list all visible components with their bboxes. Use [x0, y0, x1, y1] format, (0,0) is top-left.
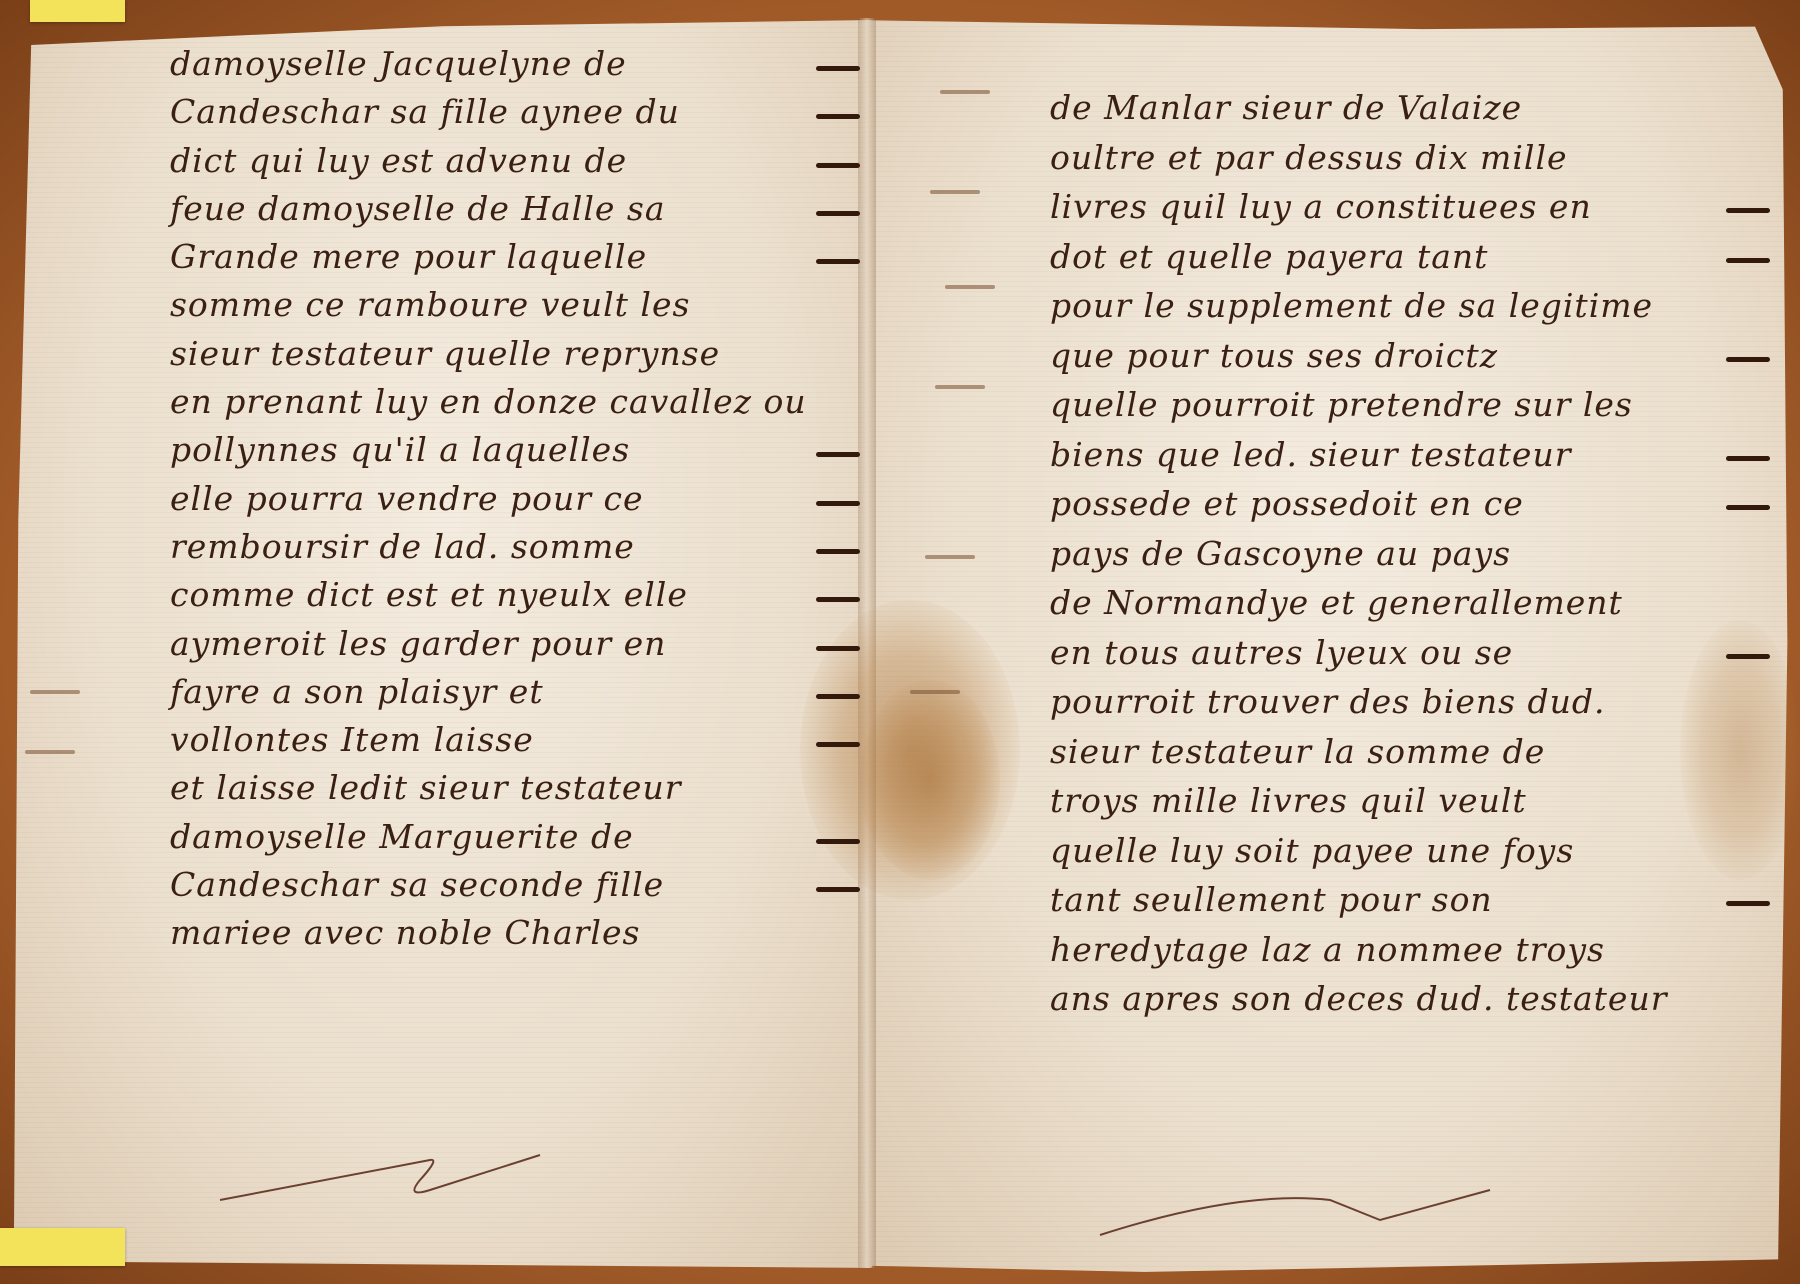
ink-bleed-mark	[25, 750, 75, 754]
manuscript-line: mariee avec noble Charles	[170, 909, 860, 957]
manuscript-line: pour le supplement de sa legitime	[1050, 281, 1770, 331]
manuscript-line: damoyselle Jacquelyne de	[170, 40, 860, 88]
manuscript-line: tant seullement pour son	[1050, 875, 1770, 925]
manuscript-line: en tous autres lyeux ou se	[1050, 628, 1770, 678]
manuscript-line: remboursir de lad. somme	[170, 523, 860, 571]
manuscript-line: en prenant luy en donze cavallez ou	[170, 378, 860, 426]
right-page-text: de Manlar sieur de Valaize oultre et par…	[1050, 83, 1770, 1024]
manuscript-line: comme dict est et nyeulx elle	[170, 571, 860, 619]
manuscript-line: de Normandye et generallement	[1050, 578, 1770, 628]
ink-bleed-mark	[925, 555, 975, 559]
manuscript-line: Candeschar sa seconde fille	[170, 861, 860, 909]
manuscript-line: biens que led. sieur testateur	[1050, 430, 1770, 480]
manuscript-line: somme ce ramboure veult les	[170, 281, 860, 329]
left-page-text: damoyselle Jacquelyne de Candeschar sa f…	[170, 40, 860, 958]
water-stain	[860, 680, 1000, 880]
manuscript-line: pays de Gascoyne au pays	[1050, 529, 1770, 579]
manuscript-line: Candeschar sa fille aynee du	[170, 88, 860, 136]
manuscript-line: aymeroit les garder pour en	[170, 620, 860, 668]
manuscript-line: dict qui luy est advenu de	[170, 137, 860, 185]
manuscript-line: feue damoyselle de Halle sa	[170, 185, 860, 233]
manuscript-line: ans apres son deces dud. testateur	[1050, 974, 1770, 1024]
closing-flourish-icon	[200, 1140, 560, 1210]
manuscript-line: sieur testateur la somme de	[1050, 727, 1770, 777]
manuscript-line: vollontes Item laisse	[170, 716, 860, 764]
manuscript-line: quelle pourroit pretendre sur les	[1050, 380, 1770, 430]
manuscript-line: damoyselle Marguerite de	[170, 813, 860, 861]
manuscript-line: possede et possedoit en ce	[1050, 479, 1770, 529]
manuscript-line: heredytage laz a nommee troys	[1050, 925, 1770, 975]
manuscript-line: elle pourra vendre pour ce	[170, 475, 860, 523]
manuscript-line: que pour tous ses droictz	[1050, 331, 1770, 381]
manuscript-line: Grande mere pour laquelle	[170, 233, 860, 281]
ink-bleed-mark	[30, 690, 80, 694]
manuscript-line: pollynnes qu'il a laquelles	[170, 426, 860, 474]
manuscript-line: dot et quelle payera tant	[1050, 232, 1770, 282]
ink-bleed-mark	[930, 190, 980, 194]
manuscript-line: et laisse ledit sieur testateur	[170, 764, 860, 812]
manuscript-line: fayre a son plaisyr et	[170, 668, 860, 716]
closing-flourish-icon	[1090, 1180, 1510, 1240]
ink-bleed-mark	[910, 690, 960, 694]
manuscript-line: troys mille livres quil veult	[1050, 776, 1770, 826]
manuscript-line: oultre et par dessus dix mille	[1050, 133, 1770, 183]
manuscript-line: pourroit trouver des biens dud.	[1050, 677, 1770, 727]
sticky-note-tab-top	[30, 0, 125, 22]
ink-bleed-mark	[940, 90, 990, 94]
manuscript-line: quelle luy soit payee une foys	[1050, 826, 1770, 876]
ink-bleed-mark	[935, 385, 985, 389]
manuscript-line: livres quil luy a constituees en	[1050, 182, 1770, 232]
ink-bleed-mark	[945, 285, 995, 289]
sticky-note-tab-bottom	[0, 1228, 125, 1266]
manuscript-line: de Manlar sieur de Valaize	[1050, 83, 1770, 133]
manuscript-line: sieur testateur quelle reprynse	[170, 330, 860, 378]
